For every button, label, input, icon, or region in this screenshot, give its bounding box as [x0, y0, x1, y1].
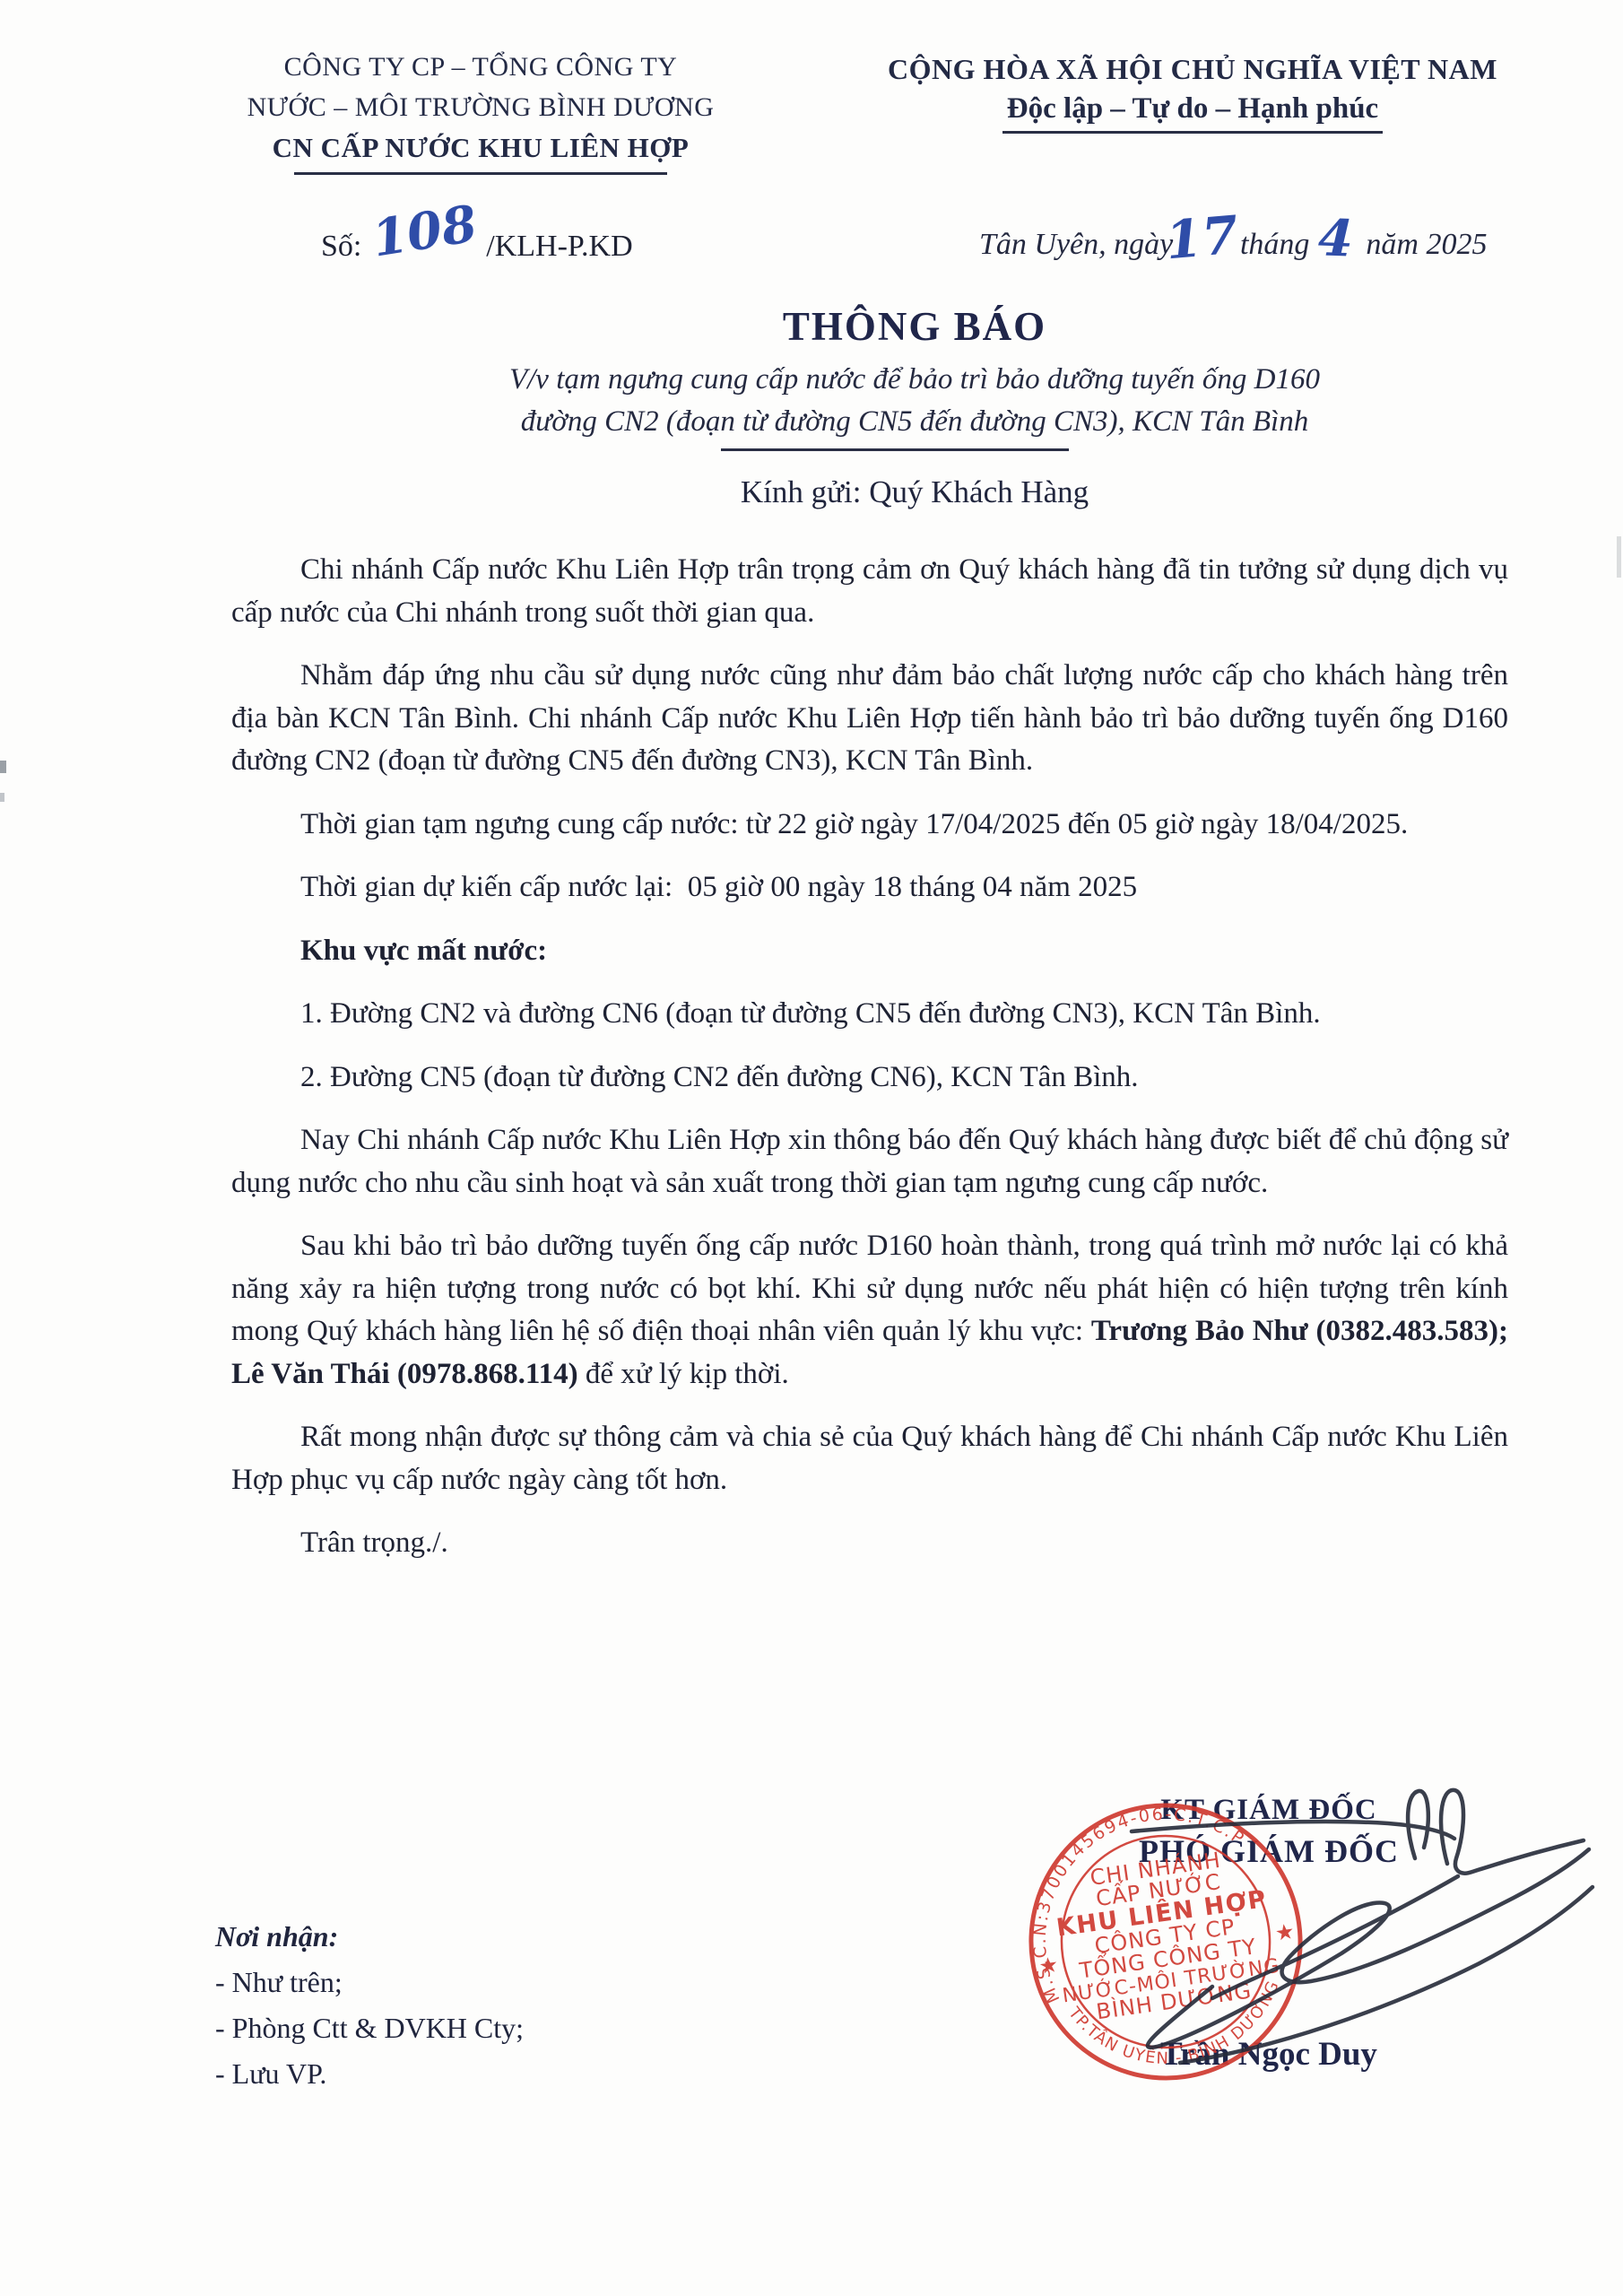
salutation: Kính gửi: Quý Khách Hàng: [206, 474, 1623, 510]
handwritten-day: 17: [1164, 209, 1240, 267]
affected-areas-heading: Khu vực mất nước:: [231, 930, 1508, 973]
closing-text: Trân trọng./.: [231, 1522, 1508, 1565]
paragraph-notice: Nay Chi nhánh Cấp nước Khu Liên Hợp xin …: [231, 1119, 1508, 1205]
subtitle-underline: [721, 448, 1069, 451]
scan-artifact-right: [1617, 536, 1621, 578]
signer-title-deputy-director: PHÓ GIÁM ĐỐC: [1040, 1832, 1497, 1870]
affected-area-item-2: 2. Đường CN5 (đoạn từ đường CN2 đến đườn…: [231, 1057, 1508, 1100]
paragraph-stop-time: Thời gian tạm ngưng cung cấp nước: từ 22…: [231, 804, 1508, 847]
issuer-header: CÔNG TY CP – TỔNG CÔNG TY NƯỚC – MÔI TRƯ…: [204, 47, 757, 175]
motto-underline: [1002, 131, 1383, 134]
national-motto-line1: CỘNG HÒA XÃ HỘI CHỦ NGHĨA VIỆT NAM: [879, 49, 1506, 89]
national-motto-line2: Độc lập – Tự do – Hạnh phúc: [879, 89, 1506, 128]
place-date-line: Tân Uyên, ngày17tháng4năm 2025: [979, 210, 1487, 262]
handwritten-document-number: 108: [369, 198, 481, 265]
document-body: Chi nhánh Cấp nước Khu Liên Hợp trân trọ…: [231, 549, 1508, 1565]
document-subtitle: V/v tạm ngưng cung cấp nước để bảo trì b…: [206, 359, 1623, 443]
date-part3: năm 2025: [1366, 228, 1487, 261]
issuer-underline: [294, 172, 667, 175]
date-part2: tháng: [1240, 228, 1309, 261]
signer-name: Trần Ngọc Duy: [1040, 2035, 1497, 2074]
issuer-line2: NƯỚC – MÔI TRƯỜNG BÌNH DƯƠNG: [204, 87, 757, 127]
document-number-line: Số:108/KLH-P.KD: [321, 213, 633, 264]
item-1-text: Đường CN2 và đường CN6 (đoạn từ đường CN…: [330, 997, 1321, 1030]
recipient-item-2: - Phòng Ctt & DVKH Cty;: [215, 2005, 524, 2051]
paragraph-contact: Sau khi bảo trì bảo dưỡng tuyến ống cấp …: [231, 1225, 1508, 1396]
signature-block: KT GIÁM ĐỐC PHÓ GIÁM ĐỐC Trần Ngọc Duy: [1040, 1794, 1497, 2074]
signer-title-kt: KT GIÁM ĐỐC: [1040, 1794, 1497, 1827]
item-2-text: Đường CN5 (đoạn từ đường CN2 đến đường C…: [330, 1061, 1139, 1093]
handwritten-month: 4: [1317, 213, 1354, 264]
national-header: CỘNG HÒA XÃ HỘI CHỦ NGHĨA VIỆT NAM Độc l…: [879, 49, 1506, 134]
document-number-suffix: /KLH-P.KD: [486, 230, 632, 263]
recipients-label: Nơi nhận:: [215, 1914, 524, 1960]
recipient-item-3: - Lưu VP.: [215, 2051, 524, 2097]
date-part1: Tân Uyên, ngày: [979, 228, 1173, 261]
document-page: CÔNG TY CP – TỔNG CÔNG TY NƯỚC – MÔI TRƯ…: [0, 0, 1623, 2296]
item-1-number: 1.: [300, 997, 323, 1030]
issuer-line1: CÔNG TY CP – TỔNG CÔNG TY: [204, 47, 757, 87]
recipient-item-1: - Như trên;: [215, 1960, 524, 2005]
scan-artifact-left-2: [0, 793, 4, 802]
item-2-number: 2.: [300, 1061, 323, 1093]
issuer-branch-name: CN CẤP NƯỚC KHU LIÊN HỢP: [204, 127, 757, 168]
document-number-label: Số:: [321, 230, 361, 263]
title-block: THÔNG BÁO V/v tạm ngưng cung cấp nước để…: [206, 303, 1623, 510]
subtitle-line1: V/v tạm ngưng cung cấp nước để bảo trì b…: [206, 359, 1623, 401]
affected-area-item-1: 1. Đường CN2 và đường CN6 (đoạn từ đường…: [231, 993, 1508, 1036]
paragraph-reason: Nhằm đáp ứng nhu cầu sử dụng nước cũng n…: [231, 655, 1508, 783]
paragraph-thanks: Chi nhánh Cấp nước Khu Liên Hợp trân trọ…: [231, 549, 1508, 634]
recipients-block: Nơi nhận: - Như trên; - Phòng Ctt & DVKH…: [215, 1914, 524, 2097]
paragraph-resume-time: Thời gian dự kiến cấp nước lại: 05 giờ 0…: [231, 866, 1508, 909]
subtitle-line2: đường CN2 (đoạn từ đường CN5 đến đường C…: [206, 401, 1623, 443]
scan-artifact-left-1: [0, 761, 6, 773]
contact-text-end: để xử lý kịp thời.: [578, 1358, 789, 1390]
paragraph-gratitude: Rất mong nhận được sự thông cảm và chia …: [231, 1416, 1508, 1501]
document-title: THÔNG BÁO: [206, 303, 1623, 350]
